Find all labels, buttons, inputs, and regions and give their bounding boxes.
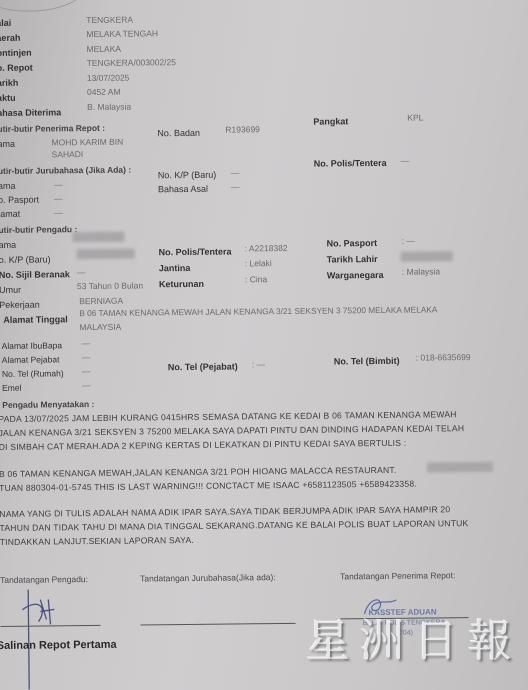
police-report-document: PDRM alai TENGKERA aerah MELAKA TENGAH o… <box>0 0 528 690</box>
jantina-value: : Lelaki <box>245 258 272 268</box>
sijil-value: — <box>77 267 86 277</box>
interpreter-alamat-value: — <box>54 207 63 217</box>
complainant-heading: utir-butir Pengadu : <box>0 224 77 235</box>
tarikh-value: 13/07/2025 <box>87 73 130 83</box>
statement-line: TAHUN DAN TIDAK TAHU DI MANA DIA TINGGAL… <box>0 518 469 533</box>
kontinjen-label: ontinjen <box>0 48 32 58</box>
statement-heading: Pengadu Menyatakan : <box>2 399 94 410</box>
statement-line: TUAN 880304-01-5745 THIS IS LAST WARNING… <box>0 479 417 493</box>
jantina-label: Jantina <box>159 263 191 273</box>
no-badan-label: No. Badan <box>157 128 200 138</box>
alamat-tinggal-label: Alamat Tinggal <box>3 314 67 325</box>
tel-bimbit-label: No. Tel (Bimbit) <box>334 356 400 367</box>
complainant-polis-value: : A2218382 <box>245 243 288 253</box>
interpreter-kp-value: — <box>231 167 240 177</box>
daerah-value: MELAKA TENGAH <box>86 28 158 39</box>
signature-penerima-label: Tandatangan Penerima Repot: <box>340 570 455 581</box>
interpreter-pasport-label: o. Pasport <box>0 195 39 205</box>
pekerjaan-label: Pekerjaan <box>0 300 40 310</box>
copy-label: Salinan Repot Pertama <box>0 639 117 652</box>
alamat-tinggal-line2: MALAYSIA <box>79 322 121 332</box>
complainant-kp-redacted <box>77 249 135 260</box>
receiver-name-value: MOHD KARIM BIN SAHADI <box>51 136 131 161</box>
alamat-tinggal-line1: B 06 TAMAN KENANGA MEWAH JALAN KENANGA 3… <box>79 304 437 318</box>
pangkat-value: KPL <box>407 113 423 123</box>
no-repot-value: TENGKERA/003002/25 <box>87 57 176 68</box>
warganegara-label: Warganegara <box>327 270 384 281</box>
bahasa-label: ahasa Diterima <box>0 107 61 118</box>
no-repot-label: o. Repot <box>0 63 33 73</box>
jurubahasa-signature-line <box>141 623 296 626</box>
alamat-pejabat-label: Alamat Pejabat <box>2 354 60 365</box>
umur-value: 53 Tahun 0 Bulan <box>77 280 143 291</box>
interpreter-heading: utir-butir Jurubahasa (Jika Ada) : <box>0 165 131 176</box>
interpreter-alamat-label: lamat <box>0 209 20 219</box>
pekerjaan-value: BERNIAGA <box>79 296 123 306</box>
kontinjen-value: MELAKA <box>86 44 121 54</box>
complainant-name-redacted <box>72 232 124 243</box>
statement-line: JALAN KENANGA 3/21 SEKSYEN 3 75200 MELAK… <box>0 423 464 438</box>
signature-jurubahasa-label: Tandatangan Jurubahasa(Jika ada): <box>140 572 276 583</box>
bahasa-asal-value: — <box>231 181 240 191</box>
warganegara-value: : Malaysia <box>402 266 440 276</box>
keturunan-label: Keturunan <box>159 279 204 289</box>
sijil-label: No. Sijil Beranak <box>0 269 70 280</box>
interpreter-name-value: — <box>54 179 63 189</box>
interpreter-polis-label: No. Polis/Tentera <box>314 158 387 169</box>
alamat-ibubapa-label: Alamat IbuBapa <box>2 340 63 351</box>
tarikh-label: arikh <box>0 78 18 88</box>
complainant-name-label: ama <box>0 240 16 250</box>
bahasa-value: B. Malaysia <box>87 102 131 112</box>
complainant-pasport-label: No. Pasport <box>327 238 378 249</box>
balai-label: alai <box>0 18 11 28</box>
tel-pejabat-value: : — <box>252 359 265 369</box>
tel-bimbit-value: : 018-6635699 <box>416 352 471 363</box>
complainant-polis-label: No. Polis/Tentera <box>159 247 232 258</box>
statement-line: TINDAKKAN LANJUT.SEKIAN LAPORAN SAYA. <box>0 535 194 547</box>
daerah-label: aerah <box>0 33 20 43</box>
police-seal-logo: PDRM <box>0 0 86 12</box>
receiver-heading: utir-butir Penerima Repot : <box>0 123 105 134</box>
interpreter-pasport-value: — <box>54 193 63 203</box>
interpreter-polis-value: — <box>401 156 410 166</box>
waktu-label: aktu <box>0 93 16 103</box>
statement-line: PADA 13/07/2025 JAM LEBIH KURANG 0415HRS… <box>0 409 457 424</box>
keturunan-value: : Cina <box>245 274 267 284</box>
statement-redacted <box>427 462 493 473</box>
no-badan-value: R193699 <box>225 124 260 134</box>
statement-line: B 06 TAMAN KENANGA MEWAH,JALAN KENANGA 3… <box>0 465 396 479</box>
tel-pejabat-label: No. Tel (Pejabat) <box>168 361 238 372</box>
pangkat-label: Pangkat <box>313 116 348 126</box>
complainant-pasport-value: : — <box>401 236 414 246</box>
interpreter-name-label: ama <box>0 181 16 191</box>
complainant-kp-label: o. K/P (Baru) <box>0 254 51 265</box>
tel-rumah-label: No. Tel (Rumah) <box>2 368 64 379</box>
statement-line: NAMA YANG DI TULIS ADALAH NAMA ADIK IPAR… <box>0 504 450 519</box>
umur-label: Umur <box>0 285 21 295</box>
tarikh-lahir-label: Tarikh Lahir <box>327 254 378 265</box>
statement-line: DI SIMBAH CAT MERAH.ADA 2 KEPING KERTAS … <box>0 438 406 452</box>
newspaper-watermark: 星洲日報 <box>306 605 522 669</box>
tel-rumah-value: — <box>82 366 91 376</box>
receiver-name-label: ama <box>0 139 15 149</box>
tarikh-lahir-redacted <box>401 251 453 262</box>
signature-pengadu-label: Tandatangan Pengadu: <box>0 574 88 585</box>
balai-value: TENGKERA <box>86 15 133 25</box>
alamat-ibubapa-value: — <box>82 338 91 348</box>
bahasa-asal-label: Bahasa Asal <box>158 184 208 195</box>
waktu-value: 0452 AM <box>87 87 121 97</box>
emel-label: Emel <box>2 383 21 393</box>
emel-value: — <box>82 380 91 390</box>
alamat-pejabat-value: — <box>82 352 91 362</box>
interpreter-kp-label: No. K/P (Baru) <box>158 170 216 181</box>
